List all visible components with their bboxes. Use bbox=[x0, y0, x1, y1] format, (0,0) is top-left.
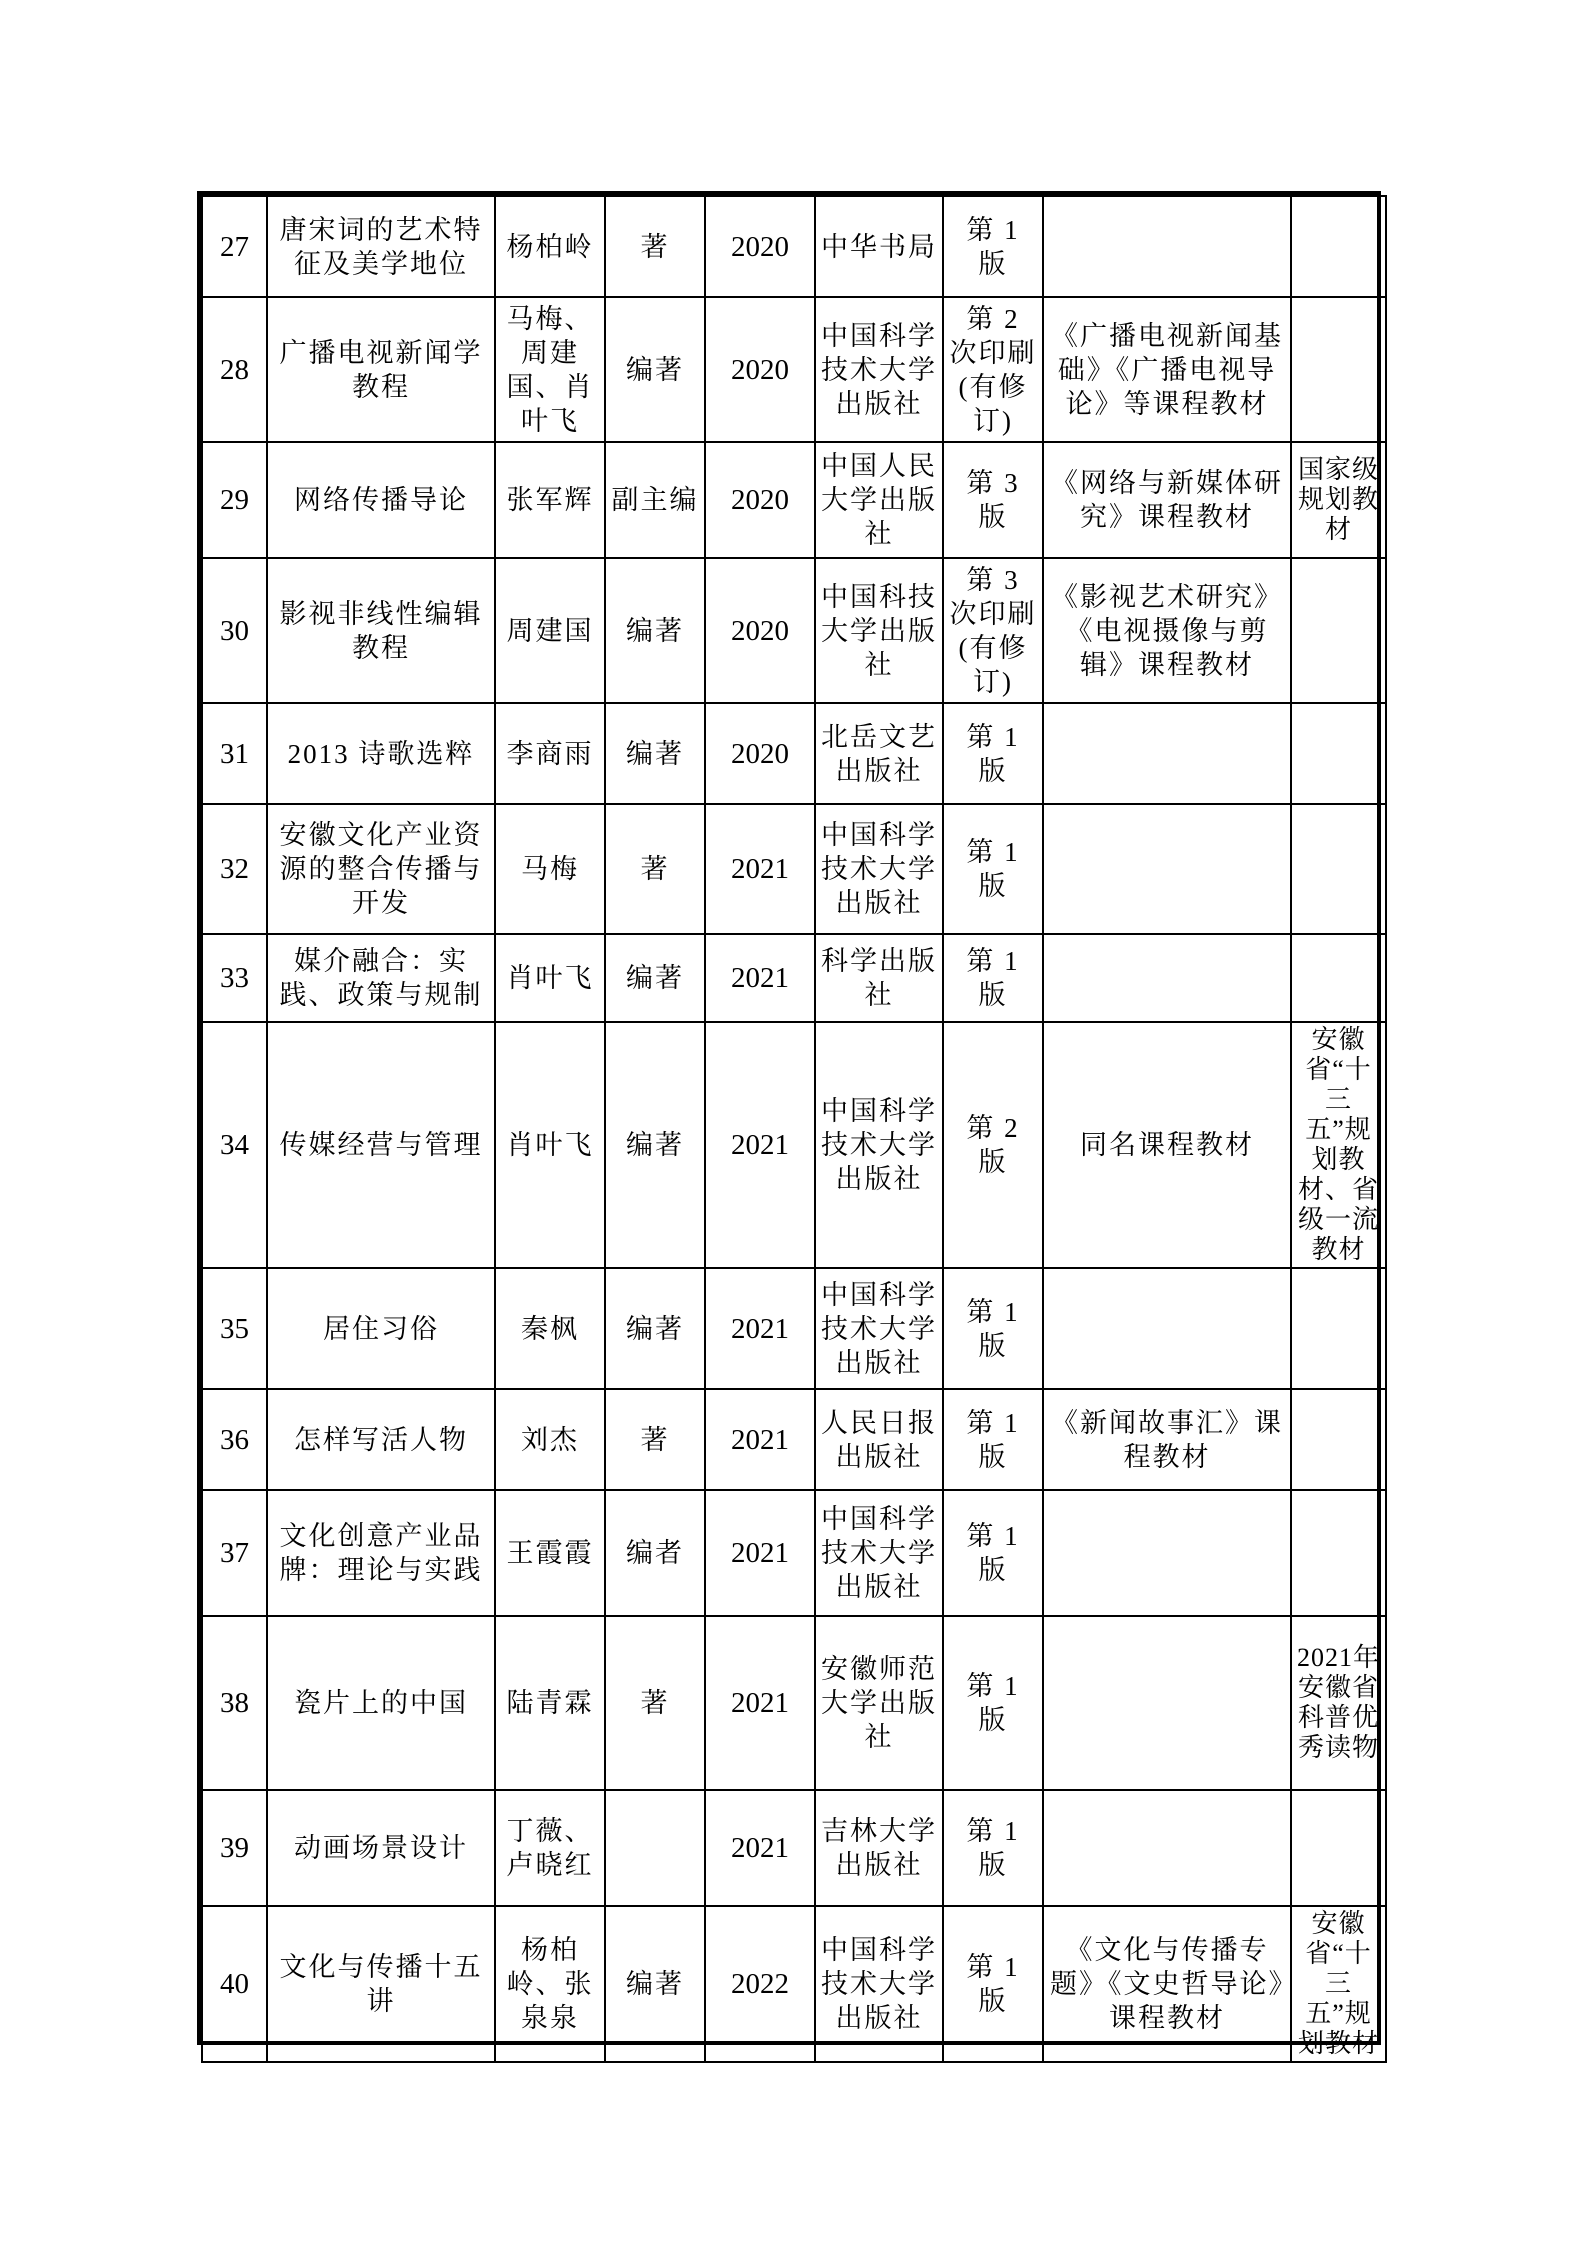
cell-edition: 第 1 版 bbox=[943, 1790, 1043, 1906]
cell-year: 2020 bbox=[705, 442, 815, 558]
cell-index: 28 bbox=[202, 297, 267, 442]
cell-course: 《文化与传播专题》《文史哲导论》课程教材 bbox=[1043, 1906, 1291, 2062]
cell-publisher: 中国科学技术大学出版社 bbox=[815, 1022, 943, 1268]
cell-note bbox=[1291, 1389, 1386, 1490]
cell-edition: 第 1 版 bbox=[943, 703, 1043, 804]
cell-role: 编著 bbox=[605, 703, 705, 804]
cell-note: 国家级规划教材 bbox=[1291, 442, 1386, 558]
cell-role: 著 bbox=[605, 1616, 705, 1790]
cell-title: 瓷片上的中国 bbox=[267, 1616, 495, 1790]
cell-edition: 第 3 次印刷(有修订) bbox=[943, 558, 1043, 703]
cell-publisher: 中国人民大学出版社 bbox=[815, 442, 943, 558]
cell-note bbox=[1291, 1268, 1386, 1389]
table-row: 31 2013 诗歌选粹 李商雨 编著 2020 北岳文艺出版社 第 1 版 bbox=[202, 703, 1386, 804]
cell-author: 肖叶飞 bbox=[495, 934, 605, 1022]
cell-author: 刘杰 bbox=[495, 1389, 605, 1490]
cell-edition: 第 3 版 bbox=[943, 442, 1043, 558]
table-row: 33 媒介融合：实践、政策与规制 肖叶飞 编著 2021 科学出版社 第 1 版 bbox=[202, 934, 1386, 1022]
cell-note bbox=[1291, 297, 1386, 442]
table-row: 27 唐宋词的艺术特征及美学地位 杨柏岭 著 2020 中华书局 第 1 版 bbox=[202, 196, 1386, 297]
cell-year: 2021 bbox=[705, 1616, 815, 1790]
cell-title: 网络传播导论 bbox=[267, 442, 495, 558]
cell-title: 动画场景设计 bbox=[267, 1790, 495, 1906]
cell-index: 40 bbox=[202, 1906, 267, 2062]
cell-title: 传媒经营与管理 bbox=[267, 1022, 495, 1268]
cell-index: 33 bbox=[202, 934, 267, 1022]
cell-role bbox=[605, 1790, 705, 1906]
table-row: 32 安徽文化产业资源的整合传播与开发 马梅 著 2021 中国科学技术大学出版… bbox=[202, 804, 1386, 934]
cell-index: 27 bbox=[202, 196, 267, 297]
cell-year: 2022 bbox=[705, 1906, 815, 2062]
cell-role: 编著 bbox=[605, 1906, 705, 2062]
cell-title: 媒介融合：实践、政策与规制 bbox=[267, 934, 495, 1022]
cell-role: 编著 bbox=[605, 1268, 705, 1389]
cell-index: 31 bbox=[202, 703, 267, 804]
cell-year: 2020 bbox=[705, 703, 815, 804]
cell-publisher: 北岳文艺出版社 bbox=[815, 703, 943, 804]
cell-note: 2021年安徽省科普优秀读物 bbox=[1291, 1616, 1386, 1790]
cell-year: 2021 bbox=[705, 934, 815, 1022]
cell-index: 36 bbox=[202, 1389, 267, 1490]
table-row: 28 广播电视新闻学教程 马梅、周建国、肖叶飞 编著 2020 中国科学技术大学… bbox=[202, 297, 1386, 442]
cell-note bbox=[1291, 196, 1386, 297]
table-row: 40 文化与传播十五讲 杨柏岭、张泉泉 编著 2022 中国科学技术大学出版社 … bbox=[202, 1906, 1386, 2062]
cell-course bbox=[1043, 703, 1291, 804]
cell-note bbox=[1291, 558, 1386, 703]
cell-year: 2021 bbox=[705, 1022, 815, 1268]
cell-title: 文化创意产业品牌：理论与实践 bbox=[267, 1490, 495, 1616]
cell-title: 2013 诗歌选粹 bbox=[267, 703, 495, 804]
cell-index: 37 bbox=[202, 1490, 267, 1616]
cell-year: 2020 bbox=[705, 297, 815, 442]
cell-author: 杨柏岭、张泉泉 bbox=[495, 1906, 605, 2062]
table-row: 29 网络传播导论 张军辉 副主编 2020 中国人民大学出版社 第 3 版 《… bbox=[202, 442, 1386, 558]
cell-note bbox=[1291, 1490, 1386, 1616]
cell-index: 39 bbox=[202, 1790, 267, 1906]
cell-edition: 第 1 版 bbox=[943, 1389, 1043, 1490]
cell-role: 编著 bbox=[605, 1022, 705, 1268]
cell-publisher: 科学出版社 bbox=[815, 934, 943, 1022]
cell-publisher: 中国科学技术大学出版社 bbox=[815, 804, 943, 934]
cell-course bbox=[1043, 1268, 1291, 1389]
cell-course bbox=[1043, 196, 1291, 297]
cell-author: 陆青霖 bbox=[495, 1616, 605, 1790]
cell-index: 34 bbox=[202, 1022, 267, 1268]
cell-role: 著 bbox=[605, 1389, 705, 1490]
cell-author: 周建国 bbox=[495, 558, 605, 703]
cell-publisher: 安徽师范大学出版社 bbox=[815, 1616, 943, 1790]
cell-publisher: 中国科学技术大学出版社 bbox=[815, 1490, 943, 1616]
cell-year: 2021 bbox=[705, 1490, 815, 1616]
cell-note bbox=[1291, 703, 1386, 804]
cell-edition: 第 1 版 bbox=[943, 804, 1043, 934]
table-row: 30 影视非线性编辑教程 周建国 编著 2020 中国科技大学出版社 第 3 次… bbox=[202, 558, 1386, 703]
cell-index: 38 bbox=[202, 1616, 267, 1790]
cell-edition: 第 1 版 bbox=[943, 196, 1043, 297]
cell-note bbox=[1291, 934, 1386, 1022]
cell-edition: 第 1 版 bbox=[943, 1268, 1043, 1389]
cell-edition: 第 2 版 bbox=[943, 1022, 1043, 1268]
cell-edition: 第 1 版 bbox=[943, 1906, 1043, 2062]
table-row: 37 文化创意产业品牌：理论与实践 王霞霞 编者 2021 中国科学技术大学出版… bbox=[202, 1490, 1386, 1616]
cell-author: 李商雨 bbox=[495, 703, 605, 804]
cell-course: 《广播电视新闻基础》《广播电视导论》等课程教材 bbox=[1043, 297, 1291, 442]
cell-year: 2020 bbox=[705, 196, 815, 297]
cell-year: 2021 bbox=[705, 1268, 815, 1389]
publications-table: 27 唐宋词的艺术特征及美学地位 杨柏岭 著 2020 中华书局 第 1 版 2… bbox=[197, 191, 1381, 2045]
cell-year: 2021 bbox=[705, 1389, 815, 1490]
cell-index: 32 bbox=[202, 804, 267, 934]
cell-course: 《新闻故事汇》课程教材 bbox=[1043, 1389, 1291, 1490]
cell-course: 《网络与新媒体研究》课程教材 bbox=[1043, 442, 1291, 558]
publications-table-grid: 27 唐宋词的艺术特征及美学地位 杨柏岭 著 2020 中华书局 第 1 版 2… bbox=[201, 195, 1387, 2063]
cell-role: 副主编 bbox=[605, 442, 705, 558]
cell-author: 秦枫 bbox=[495, 1268, 605, 1389]
cell-note bbox=[1291, 1790, 1386, 1906]
cell-edition: 第 1 版 bbox=[943, 934, 1043, 1022]
cell-publisher: 吉林大学出版社 bbox=[815, 1790, 943, 1906]
cell-publisher: 人民日报出版社 bbox=[815, 1389, 943, 1490]
cell-publisher: 中国科技大学出版社 bbox=[815, 558, 943, 703]
cell-author: 丁薇、卢晓红 bbox=[495, 1790, 605, 1906]
cell-publisher: 中华书局 bbox=[815, 196, 943, 297]
cell-course bbox=[1043, 1490, 1291, 1616]
cell-title: 安徽文化产业资源的整合传播与开发 bbox=[267, 804, 495, 934]
cell-course bbox=[1043, 934, 1291, 1022]
cell-author: 杨柏岭 bbox=[495, 196, 605, 297]
cell-index: 29 bbox=[202, 442, 267, 558]
cell-author: 马梅、周建国、肖叶飞 bbox=[495, 297, 605, 442]
cell-author: 张军辉 bbox=[495, 442, 605, 558]
cell-title: 文化与传播十五讲 bbox=[267, 1906, 495, 2062]
table-row: 34 传媒经营与管理 肖叶飞 编著 2021 中国科学技术大学出版社 第 2 版… bbox=[202, 1022, 1386, 1268]
cell-role: 编著 bbox=[605, 558, 705, 703]
table-row: 39 动画场景设计 丁薇、卢晓红 2021 吉林大学出版社 第 1 版 bbox=[202, 1790, 1386, 1906]
cell-publisher: 中国科学技术大学出版社 bbox=[815, 1906, 943, 2062]
table-row: 36 怎样写活人物 刘杰 著 2021 人民日报出版社 第 1 版 《新闻故事汇… bbox=[202, 1389, 1386, 1490]
cell-note bbox=[1291, 804, 1386, 934]
cell-title: 广播电视新闻学教程 bbox=[267, 297, 495, 442]
cell-index: 35 bbox=[202, 1268, 267, 1389]
cell-edition: 第 1 版 bbox=[943, 1616, 1043, 1790]
cell-role: 编者 bbox=[605, 1490, 705, 1616]
cell-course: 同名课程教材 bbox=[1043, 1022, 1291, 1268]
cell-publisher: 中国科学技术大学出版社 bbox=[815, 1268, 943, 1389]
cell-title: 唐宋词的艺术特征及美学地位 bbox=[267, 196, 495, 297]
cell-year: 2020 bbox=[705, 558, 815, 703]
cell-year: 2021 bbox=[705, 1790, 815, 1906]
cell-role: 著 bbox=[605, 196, 705, 297]
cell-edition: 第 1 版 bbox=[943, 1490, 1043, 1616]
cell-index: 30 bbox=[202, 558, 267, 703]
table-row: 35 居住习俗 秦枫 编著 2021 中国科学技术大学出版社 第 1 版 bbox=[202, 1268, 1386, 1389]
cell-author: 王霞霞 bbox=[495, 1490, 605, 1616]
cell-course bbox=[1043, 1616, 1291, 1790]
cell-role: 编著 bbox=[605, 297, 705, 442]
cell-year: 2021 bbox=[705, 804, 815, 934]
cell-author: 马梅 bbox=[495, 804, 605, 934]
table-row: 38 瓷片上的中国 陆青霖 著 2021 安徽师范大学出版社 第 1 版 202… bbox=[202, 1616, 1386, 1790]
cell-note: 安徽省“十三五”规划教材 bbox=[1291, 1906, 1386, 2062]
cell-role: 编著 bbox=[605, 934, 705, 1022]
cell-title: 影视非线性编辑教程 bbox=[267, 558, 495, 703]
cell-publisher: 中国科学技术大学出版社 bbox=[815, 297, 943, 442]
cell-edition: 第 2 次印刷(有修订) bbox=[943, 297, 1043, 442]
cell-title: 居住习俗 bbox=[267, 1268, 495, 1389]
cell-author: 肖叶飞 bbox=[495, 1022, 605, 1268]
cell-course bbox=[1043, 1790, 1291, 1906]
cell-course bbox=[1043, 804, 1291, 934]
cell-role: 著 bbox=[605, 804, 705, 934]
cell-course: 《影视艺术研究》《电视摄像与剪辑》课程教材 bbox=[1043, 558, 1291, 703]
cell-title: 怎样写活人物 bbox=[267, 1389, 495, 1490]
cell-note: 安徽省“十三五”规划教材、省级一流教材 bbox=[1291, 1022, 1386, 1268]
